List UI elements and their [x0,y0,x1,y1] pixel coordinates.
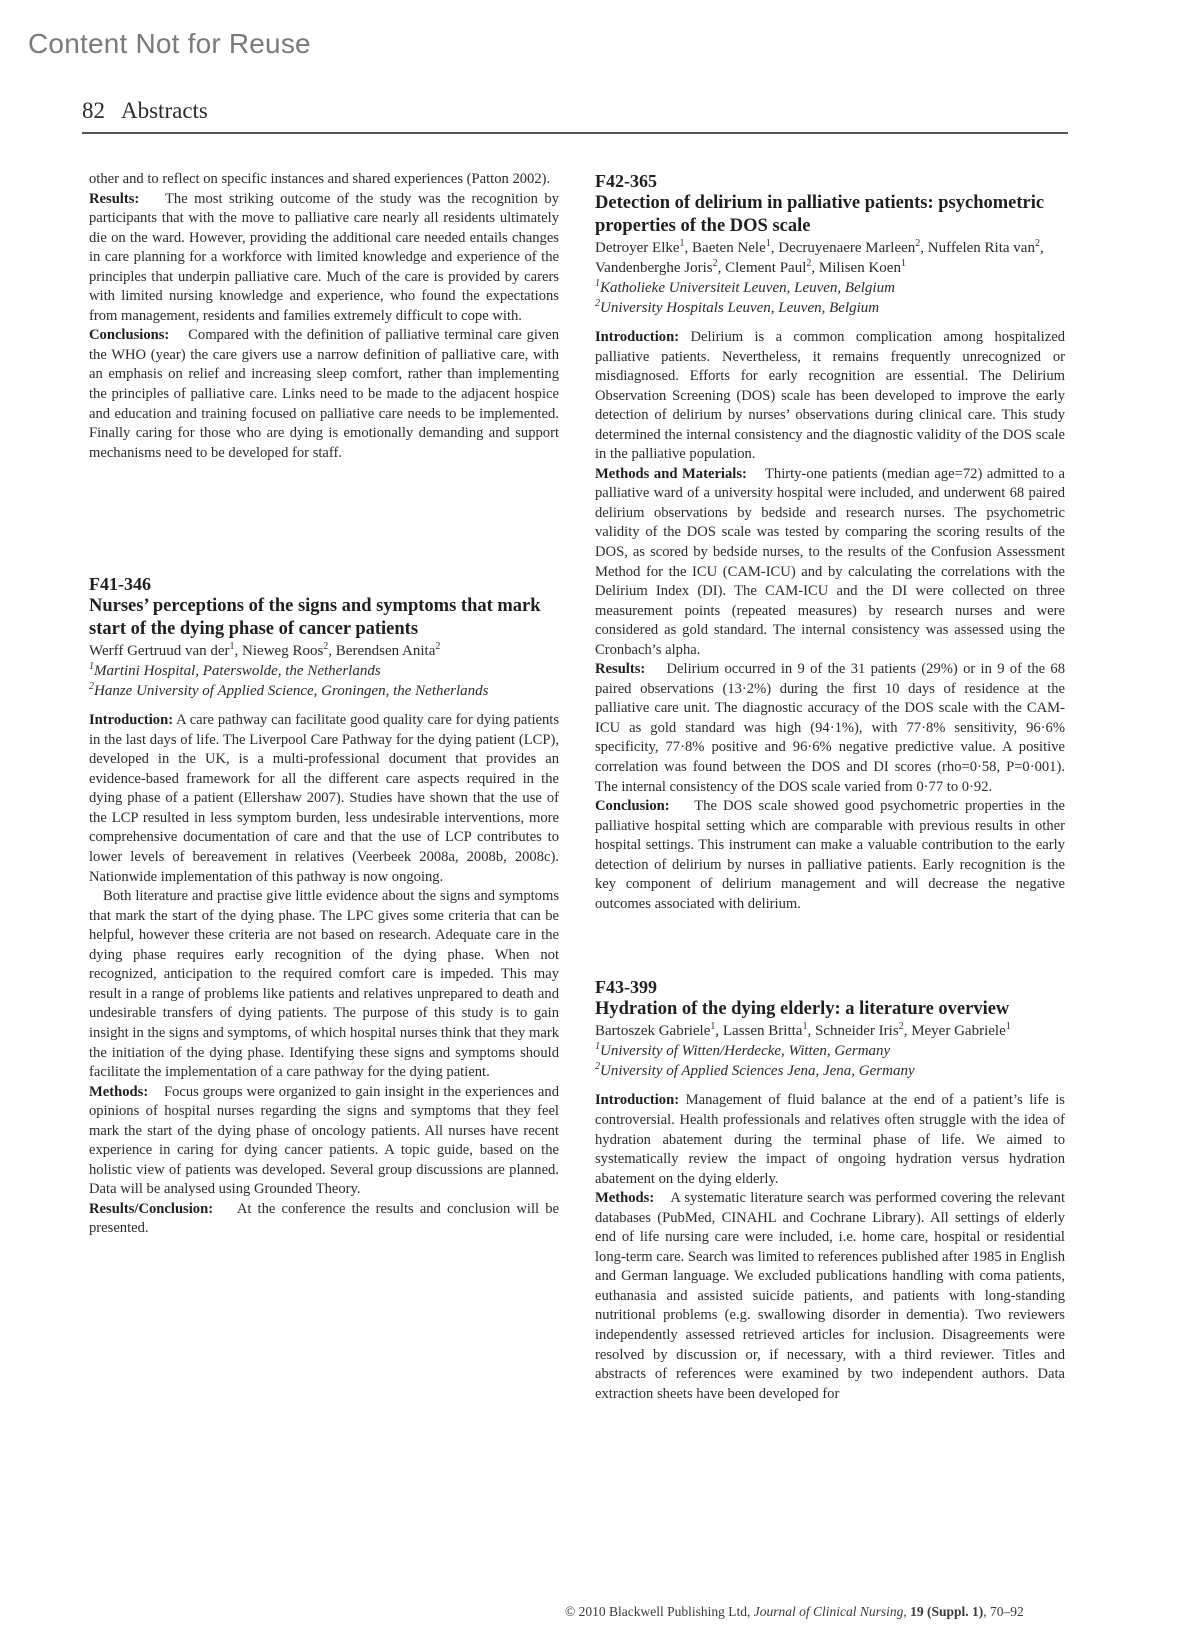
author: Werff Gertruud van der [89,643,230,659]
conclusions-label: Conclusions: [89,327,169,343]
affiliation-text: University Hospitals Leuven, Leuven, Bel… [600,300,879,316]
affiliation: 1University of Witten/Herdecke, Witten, … [595,1041,1065,1061]
author-sup: 1 [680,238,685,249]
author-sup: 1 [1006,1021,1011,1032]
results-text: The most striking outcome of the study w… [89,191,559,324]
abstract-f43-399: F43-399 Hydration of the dying elderly: … [595,976,1065,1404]
author-list: Werff Gertruud van der1, Nieweg Roos2, B… [89,641,559,661]
methods-label: Methods: [595,1190,654,1206]
left-column: other and to reflect on specific instanc… [89,170,559,1239]
section-title: Abstracts [121,98,208,123]
continued-results: Results: The most striking outcome of th… [89,190,559,327]
introduction: Introduction: Delirium is a common compl… [595,328,1065,465]
author-sup: 1 [901,258,906,269]
conclusions-text: Compared with the definition of palliati… [89,327,559,460]
affiliation: 2University Hospitals Leuven, Leuven, Be… [595,298,1065,318]
author: Nieweg Roos [242,643,323,659]
author-list: Bartoszek Gabriele1, Lassen Britta1, Sch… [595,1021,1065,1041]
methods-text: Focus groups were organized to gain insi… [89,1084,559,1198]
volume: 19 [910,1604,924,1619]
author: Nuffelen Rita van [928,240,1035,256]
author: Meyer Gabriele [911,1023,1006,1039]
introduction-text: A care pathway can facilitate good quali… [89,712,559,884]
affiliation-text: Martini Hospital, Paterswolde, the Nethe… [94,663,381,679]
results-label: Results/Conclusion: [89,1201,213,1217]
author: Berendsen Anita [336,643,436,659]
methods: Methods and Materials: Thirty-one patien… [595,465,1065,660]
page-range: , 70–92 [983,1604,1024,1619]
author: Baeten Nele [692,240,766,256]
introduction-text: Delirium is a common complication among … [595,329,1065,462]
results: Results: Delirium occurred in 9 of the 3… [595,660,1065,797]
author-sup: 1 [766,238,771,249]
affiliation-text: University of Applied Sciences Jena, Jen… [600,1063,915,1079]
affiliation-text: Hanze University of Applied Science, Gro… [94,683,489,699]
page-footer: © 2010 Blackwell Publishing Ltd, Journal… [565,1604,1024,1620]
right-column: F42-365 Detection of delirium in palliat… [595,170,1065,1404]
watermark: Content Not for Reuse [28,28,311,60]
methods: Methods: A systematic literature search … [595,1189,1065,1404]
author-sup: 2 [435,641,440,652]
abstract-id: F41-346 [89,573,559,595]
author-list: Detroyer Elke1, Baeten Nele1, Decruyenae… [595,238,1065,278]
journal-name: Journal of Clinical Nursing [754,1604,904,1619]
abstract-f42-365: F42-365 Detection of delirium in palliat… [595,170,1065,914]
methods-text: A systematic literature search was perfo… [595,1190,1065,1401]
methods-label: Methods and Materials: [595,466,747,482]
abstract-id: F43-399 [595,976,1065,998]
introduction: Introduction: Management of fluid balanc… [595,1091,1065,1189]
author-sup: 2 [899,1021,904,1032]
running-head: 82Abstracts [82,98,1068,134]
results-label: Results: [595,661,645,677]
abstract-f41-346: F41-346 Nurses’ perceptions of the signs… [89,573,559,1239]
results-label: Results: [89,191,139,207]
page-number: 82 [82,98,105,123]
introduction-continued: Both literature and practise give little… [89,887,559,1082]
abstract-title: Detection of delirium in palliative pati… [595,192,1065,238]
introduction-label: Introduction: [595,329,679,345]
author: Bartoszek Gabriele [595,1023,710,1039]
affiliation-text: Katholieke Universiteit Leuven, Leuven, … [600,280,895,296]
author: Clement Paul [725,260,806,276]
author: Vandenberghe Joris [595,260,713,276]
abstract-title: Hydration of the dying elderly: a litera… [595,998,1065,1021]
author-sup: 2 [1035,238,1040,249]
author-sup: 2 [806,258,811,269]
author-sup: 1 [710,1021,715,1032]
author-sup: 1 [802,1021,807,1032]
author: Schneider Iris [815,1023,899,1039]
results-text: Delirium occurred in 9 of the 31 patient… [595,661,1065,794]
author: Decruyenaere Marleen [778,240,915,256]
author-sup: 1 [230,641,235,652]
introduction-label: Introduction: [595,1092,679,1108]
affiliation: 2Hanze University of Applied Science, Gr… [89,681,559,701]
copyright: © 2010 Blackwell Publishing Ltd, [565,1604,754,1619]
introduction: Introduction: A care pathway can facilit… [89,711,559,887]
abstract-id: F42-365 [595,170,1065,192]
author: Detroyer Elke [595,240,680,256]
author-sup: 2 [323,641,328,652]
author-sup: 2 [713,258,718,269]
conclusion-label: Conclusion: [595,798,670,814]
affiliation: 1Katholieke Universiteit Leuven, Leuven,… [595,278,1065,298]
supplement: (Suppl. 1) [924,1604,984,1619]
results: Results/Conclusion: At the conference th… [89,1200,559,1239]
continued-conclusions: Conclusions: Compared with the definitio… [89,326,559,463]
conclusion-text: The DOS scale showed good psychometric p… [595,798,1065,912]
author: Lassen Britta [723,1023,803,1039]
introduction-label: Introduction: [89,712,173,728]
author: Milisen Koen [819,260,901,276]
abstract-title: Nurses’ perceptions of the signs and sym… [89,595,559,641]
methods: Methods: Focus groups were organized to … [89,1083,559,1200]
author-sup: 2 [915,238,920,249]
conclusion: Conclusion: The DOS scale showed good ps… [595,797,1065,914]
continued-paragraph: other and to reflect on specific instanc… [89,170,559,190]
affiliation-text: University of Witten/Herdecke, Witten, G… [600,1043,890,1059]
affiliation: 2University of Applied Sciences Jena, Je… [595,1061,1065,1081]
methods-text: Thirty-one patients (median age=72) admi… [595,466,1065,658]
affiliation: 1Martini Hospital, Paterswolde, the Neth… [89,661,559,681]
methods-label: Methods: [89,1084,148,1100]
